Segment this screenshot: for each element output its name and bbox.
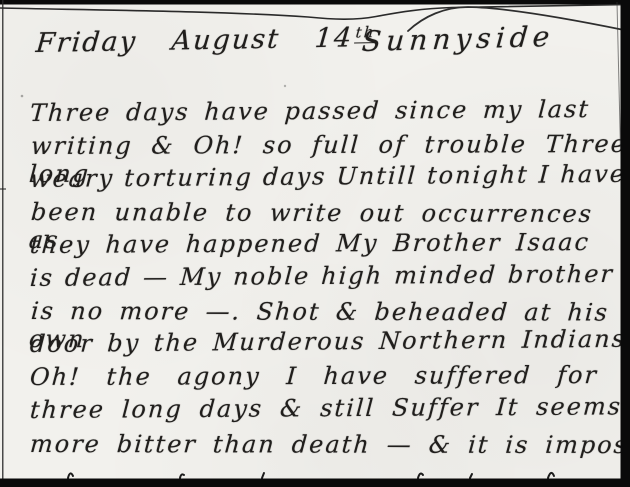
manuscript-text: Friday August 14th Sunnyside Three days … xyxy=(0,0,630,487)
manuscript-line: Oh! the agony I have suffered for xyxy=(29,362,599,392)
manuscript-line: door by the Murderous Northern Indians xyxy=(29,326,627,359)
manuscript-line: is dead — My noble high minded brother xyxy=(29,261,615,293)
manuscript-line: weary torturing days Untill tonight I ha… xyxy=(29,161,627,194)
scanned-diary-page: Friday August 14th Sunnyside Three days … xyxy=(0,0,630,487)
manuscript-line: more bitter than death — & it is impos xyxy=(29,431,629,460)
manuscript-line: three long days & still Suffer It seems xyxy=(29,393,623,424)
manuscript-line: Three days have passed since my last xyxy=(29,96,591,128)
entry-date: Friday August 14th xyxy=(35,24,377,57)
entry-date-text: Friday August 14 xyxy=(35,22,355,59)
manuscript-line: they have happened My Brother Isaac xyxy=(29,229,591,260)
entry-location: Sunnyside xyxy=(361,23,556,56)
